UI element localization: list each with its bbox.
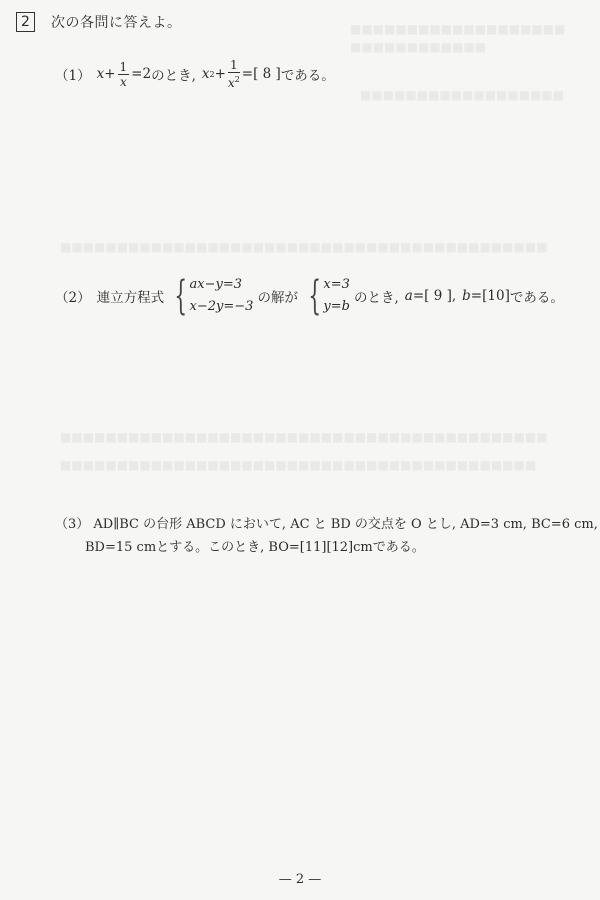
section-header: 2 次の各問に答えよ。: [16, 12, 182, 32]
bleed-through-text: ■■■■■■■■■■■■■■■■■■■■■■■■■■■■■■■■■■■■■■■■…: [60, 240, 548, 254]
answer-box-8: [ 8 ]: [253, 66, 281, 82]
brace-icon: {: [308, 276, 321, 316]
question-label: （2）: [55, 286, 91, 306]
fraction: 1 x: [118, 60, 130, 89]
answer-box-9: [ 9 ]: [424, 288, 452, 304]
bleed-through-text: ■■■■■■■■■■■■■■■■■■■■■■■■■■■■■■■■■■■■■■■■…: [60, 430, 548, 444]
equation-system: { ax−y=3 x−2y=−3: [168, 274, 253, 318]
section-number-box: 2: [16, 12, 35, 32]
question-label: （3）: [55, 517, 89, 532]
solution-system: { x=3 y=b: [302, 274, 350, 318]
question-3: （3） AD∥BC の台形 ABCD において, AC と BD の交点を O …: [55, 513, 598, 559]
question-2: （2） 連立方程式 { ax−y=3 x−2y=−3 の解が { x=3 y=b…: [55, 274, 564, 318]
bleed-through-text: ■■■■■■■■■■■■■■■■■■■: [350, 22, 565, 36]
section-instruction: 次の各問に答えよ。: [51, 12, 182, 32]
bleed-through-text: ■■■■■■■■■■■■■■■■■■: [360, 88, 564, 102]
question-label: （1）: [55, 64, 91, 84]
question-1: （1） x + 1 x =2 のとき, x2 + 1 x2 = [ 8 ] であ…: [55, 58, 335, 90]
bleed-through-text: ■■■■■■■■■■■■: [350, 40, 486, 54]
question-text-line-1: AD∥BC の台形 ABCD において, AC と BD の交点を O とし, …: [93, 517, 597, 532]
bleed-through-text: ■■■■■■■■■■■■■■■■■■■■■■■■■■■■■■■■■■■■■■■■…: [60, 458, 536, 472]
question-text-line-2: BD=15 cmとする。このとき, BO=[11][12]cmである。: [55, 536, 598, 559]
page-number: — 2 —: [0, 872, 600, 887]
fraction: 1 x2: [228, 58, 240, 90]
answer-box-10: [10]: [482, 288, 510, 304]
brace-icon: {: [174, 276, 187, 316]
